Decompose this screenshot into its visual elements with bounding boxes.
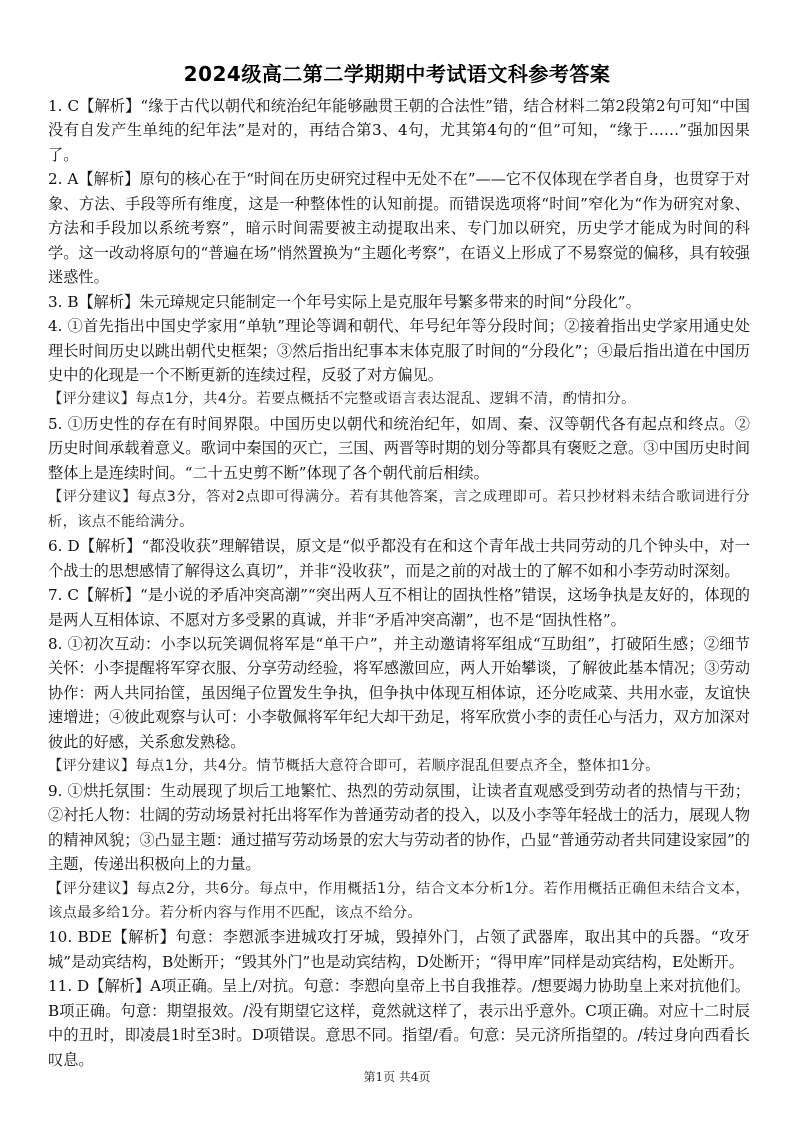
grading-note-q5: 【评分建议】每点3分，答对2点即可得满分。若有其他答案，言之成理即可。若只抄材料… <box>48 485 750 534</box>
document-page: 2024级高二第二学期期中考试语文科参考答案 1. C【解析】“缘于古代以朝代和… <box>0 0 794 1123</box>
answer-q6: 6. D【解析】“都没收获”理解错误，原文是“似乎都没有在和这个青年战士共同劳动… <box>48 534 750 583</box>
answer-q10: 10. BDE【解析】句意：李愬派李进城攻打牙城，毁掉外门，占领了武器库，取出其… <box>48 925 750 974</box>
grading-note-q9: 【评分建议】每点2分，共6分。每点中，作用概括1分，结合文本分析1分。若作用概括… <box>48 877 750 926</box>
answer-q11: 11. D【解析】A项正确。呈上/对抗。句意：李愬向皇帝上书自我推荐。/想要竭力… <box>48 974 750 1072</box>
answer-q4: 4. ①首先指出中国史学家用“单轨”理论等调和朝代、年号纪年等分段时间；②接着指… <box>48 314 750 387</box>
grading-note-q4: 【评分建议】每点1分，共4分。若要点概括不完整或语言表达混乱、逻辑不清，酌情扣分… <box>48 387 750 411</box>
answer-q7: 7. C【解析】“是小说的矛盾冲突高潮”“突出两人互不相让的固执性格”错误，这场… <box>48 583 750 632</box>
page-number: 第1页 共4页 <box>0 1068 794 1085</box>
page-title: 2024级高二第二学期期中考试语文科参考答案 <box>0 58 794 87</box>
answer-q1: 1. C【解析】“缘于古代以朝代和统治纪年能够融贯王朝的合法性”错，结合材料二第… <box>48 94 750 167</box>
answer-q8: 8. ①初次互动：小李以玩笑调侃将军是“单干户”，并主动邀请将军组成“互助组”，… <box>48 632 750 754</box>
answer-body: 1. C【解析】“缘于古代以朝代和统治纪年能够融贯王朝的合法性”错，结合材料二第… <box>48 94 750 1072</box>
answer-q9: 9. ①烘托氛围：生动展现了坝后工地繁忙、热烈的劳动氛围，让读者直观感受到劳动者… <box>48 779 750 877</box>
answer-q5: 5. ①历史性的存在有时间界限。中国历史以朝代和统治纪年，如周、秦、汉等朝代各有… <box>48 412 750 485</box>
grading-note-q8: 【评分建议】每点1分，共4分。情节概括大意符合即可，若顺序混乱但要点齐全，整体扣… <box>48 754 750 778</box>
answer-q3: 3. B【解析】朱元璋规定只能制定一个年号实际上是克服年号繁多带来的时间“分段化… <box>48 290 750 314</box>
answer-q2: 2. A【解析】原句的核心在于“时间在历史研究过程中无处不在”——它不仅体现在学… <box>48 167 750 289</box>
